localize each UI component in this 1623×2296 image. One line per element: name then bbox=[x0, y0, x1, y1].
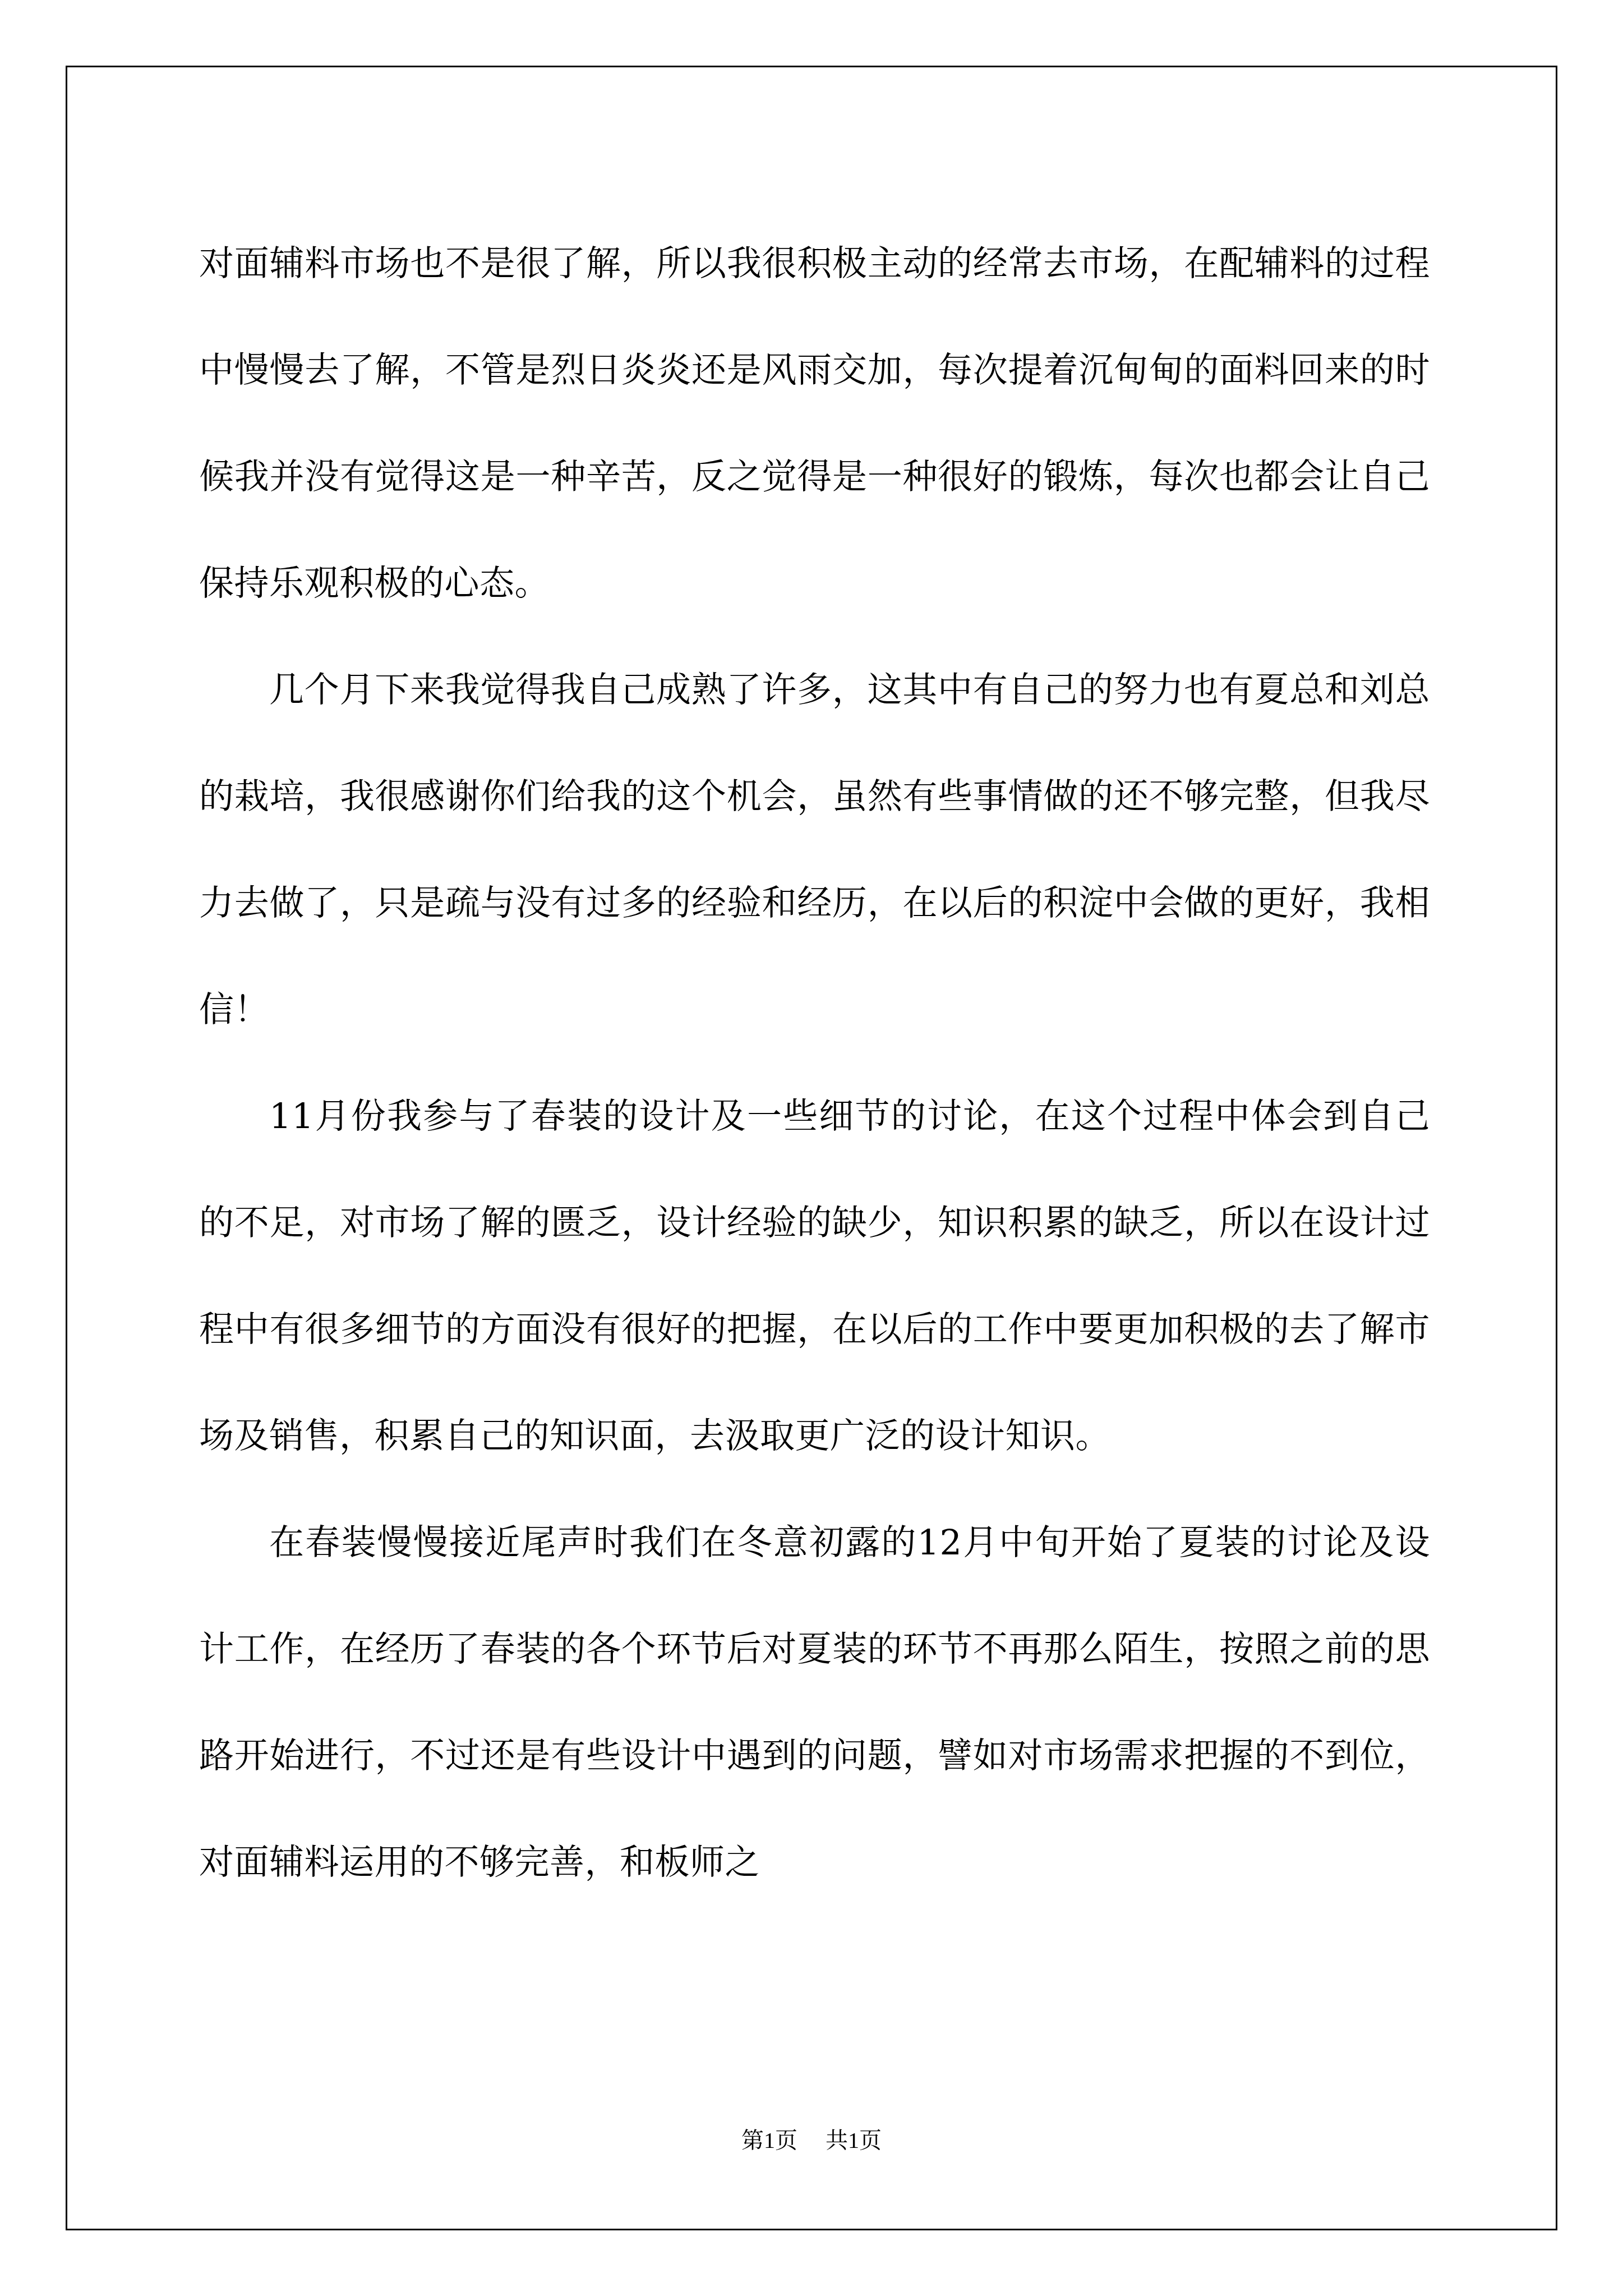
current-page-label: 第1页 bbox=[741, 2124, 797, 2157]
paragraph: 在春装慢慢接近尾声时我们在冬意初露的12月中旬开始了夏装的讨论及设计工作，在经历… bbox=[199, 1489, 1430, 1916]
page-footer: 第1页共1页 bbox=[0, 2124, 1623, 2157]
paragraph: 几个月下来我觉得我自己成熟了许多，这其中有自己的努力也有夏总和刘总的栽培，我很感… bbox=[199, 637, 1430, 1063]
paragraph: 对面辅料市场也不是很了解，所以我很积极主动的经常去市场，在配辅料的过程中慢慢去了… bbox=[199, 210, 1430, 637]
total-pages-label: 共1页 bbox=[826, 2124, 882, 2157]
paragraph: 11月份我参与了春装的设计及一些细节的讨论，在这个过程中体会到自己的不足，对市场… bbox=[199, 1063, 1430, 1489]
document-body: 对面辅料市场也不是很了解，所以我很积极主动的经常去市场，在配辅料的过程中慢慢去了… bbox=[199, 210, 1430, 1916]
